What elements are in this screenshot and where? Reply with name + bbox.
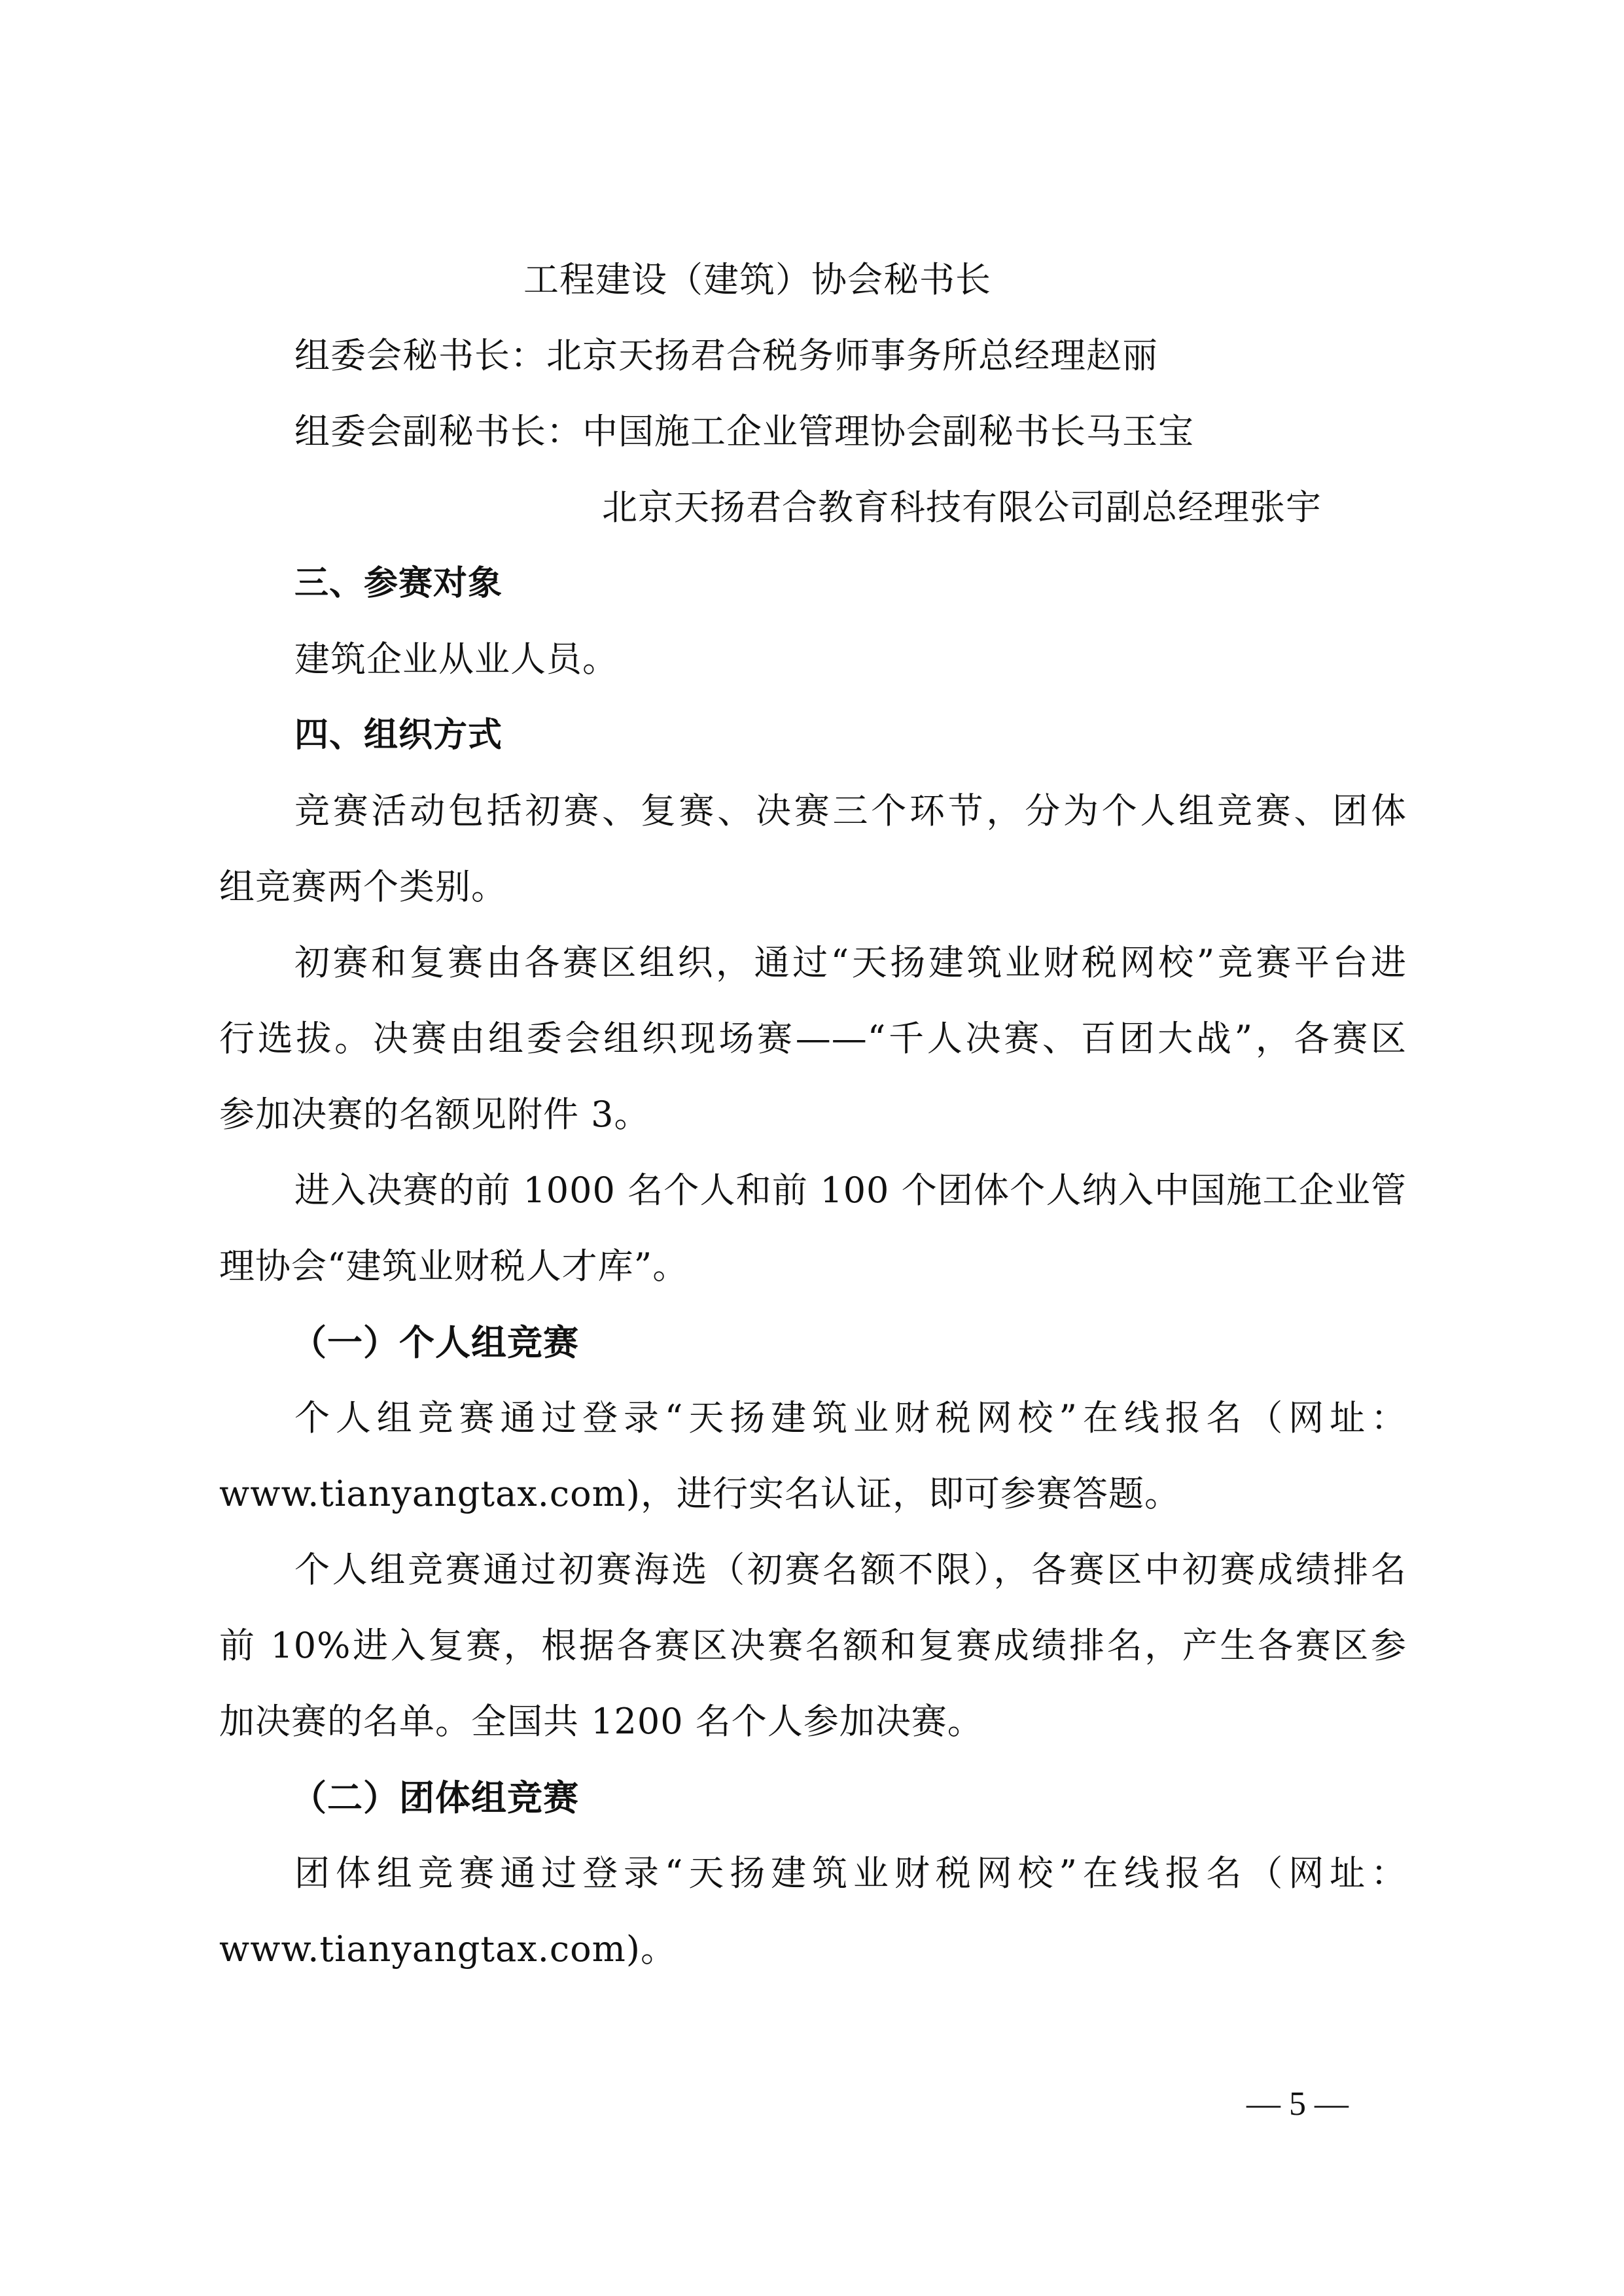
individual-competition-heading: （一）个人组竞赛	[291, 1319, 1479, 1365]
organizer-deputy-secretary-general-2: 北京天扬君合教育科技有限公司副总经理张宇	[602, 485, 1624, 531]
organizer-secretary-general: 组委会秘书长：北京天扬君合税务师事务所总经理赵丽	[294, 333, 1407, 379]
section-4-paragraph-2-line-3: 参加决赛的名额见附件 3。	[219, 1092, 1407, 1138]
team-competition-heading: （二）团体组竞赛	[291, 1775, 1479, 1820]
document-page: 工程建设（建筑）协会秘书长 组委会秘书长：北京天扬君合税务师事务所总经理赵丽 组…	[0, 0, 1624, 2296]
organizer-line-1: 工程建设（建筑）协会秘书长	[523, 257, 1624, 303]
section-4-paragraph-3-line-1: 进入决赛的前 1000 名个人和前 100 个团体个人纳入中国施工企业管	[294, 1168, 1407, 1213]
section-3-heading: 三、参赛对象	[294, 561, 1407, 606]
section-4-paragraph-3-line-2: 理协会“建筑业财税人才库”。	[219, 1244, 1407, 1289]
team-paragraph-1-line-2: www.tianyangtax.com)。	[219, 1926, 1407, 1972]
section-4-paragraph-1-line-2: 组竞赛两个类别。	[219, 864, 1407, 910]
individual-paragraph-2-line-2: 前 10%进入复赛，根据各赛区决赛名额和复赛成绩排名，产生各赛区参	[219, 1623, 1407, 1669]
section-4-paragraph-2-line-2: 行选拔。决赛由组委会组织现场赛——“千人决赛、百团大战”，各赛区	[219, 1016, 1407, 1062]
individual-paragraph-1-line-1: 个人组竞赛通过登录“天扬建筑业财税网校”在线报名（网址：	[294, 1395, 1407, 1441]
section-4-paragraph-1-line-1: 竞赛活动包括初赛、复赛、决赛三个环节，分为个人组竞赛、团体	[294, 788, 1407, 834]
individual-paragraph-1-line-2: www.tianyangtax.com)，进行实名认证，即可参赛答题。	[219, 1471, 1407, 1517]
section-4-paragraph-2-line-1: 初赛和复赛由各赛区组织，通过“天扬建筑业财税网校”竞赛平台进	[294, 940, 1407, 986]
individual-paragraph-2-line-3: 加决赛的名单。全国共 1200 名个人参加决赛。	[219, 1699, 1407, 1745]
page-number: — 5 —	[1246, 2081, 1349, 2127]
team-paragraph-1-line-1: 团体组竞赛通过登录“天扬建筑业财税网校”在线报名（网址：	[294, 1851, 1407, 1896]
organizer-deputy-secretary-general: 组委会副秘书长：中国施工企业管理协会副秘书长马玉宝	[294, 409, 1407, 455]
section-4-heading: 四、组织方式	[294, 712, 1407, 758]
individual-paragraph-2-line-1: 个人组竞赛通过初赛海选（初赛名额不限），各赛区中初赛成绩排名	[294, 1547, 1407, 1593]
section-3-body: 建筑企业从业人员。	[294, 636, 1407, 682]
